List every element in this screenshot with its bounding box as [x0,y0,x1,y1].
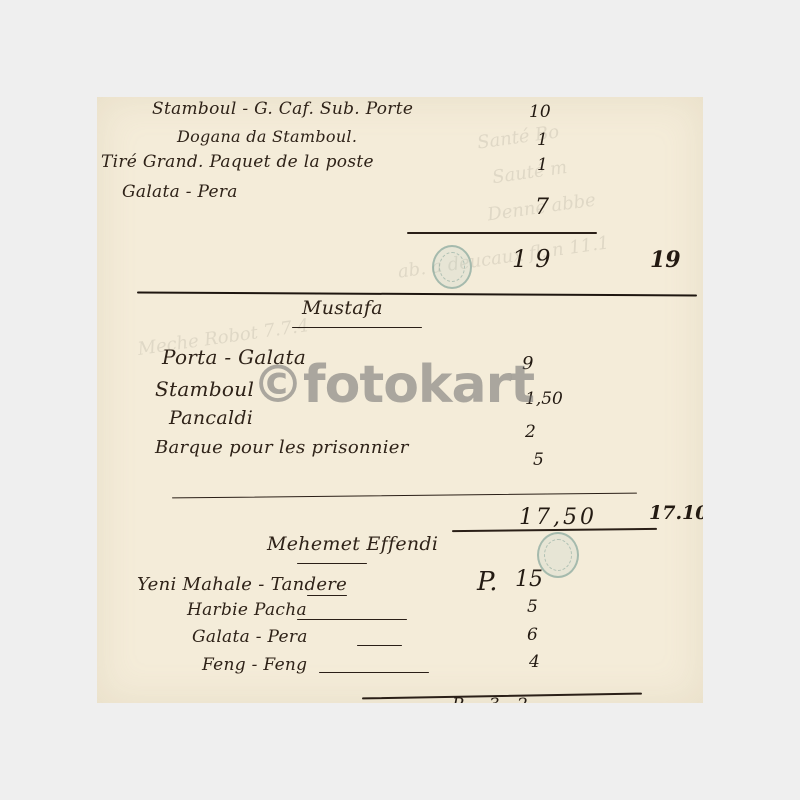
fill-line [319,672,429,673]
ledger-item-amount: 15 [515,567,543,592]
ink-stamp [432,245,472,289]
section-heading: Mehemet Effendi [267,533,438,555]
subtotal-rule [172,493,637,499]
ledger-item-label: Stamboul [155,377,254,401]
section-heading: Mustafa [302,297,383,319]
ledger-item-label: Tiré Grand. Paquet de la poste [101,152,374,172]
bleed-through-text: Sauté m [491,157,569,188]
ledger-item-label: Dogana da Stamboul. [177,127,357,146]
fill-line [297,619,407,620]
ledger-item-amount: 7 [535,195,549,220]
bleed-through-text: ab. a deucaux fl. n 11.1 [397,232,611,282]
document-page: Santé Bo Sauté m Denne abbe ab. a deucau… [97,97,703,703]
fill-line [357,645,402,646]
section-total: 17,50 [519,505,597,530]
section-total-partial: P. 3 2 [452,695,534,703]
ledger-item-label: Pancaldi [169,407,253,429]
section-total: 19 [512,245,559,273]
ledger-item-label: Feng - Feng [202,655,307,675]
ledger-item-amount: 10 [529,102,551,122]
section-divider [452,528,657,532]
ink-stamp [537,532,579,578]
ledger-item-label: Galata - Pera [122,182,238,202]
heading-underline [292,327,422,328]
ledger-item-amount: 4 [529,652,540,672]
ledger-item-amount: 2 [525,422,536,442]
ledger-item-amount: 6 [527,625,538,645]
subtotal-rule [407,232,597,234]
ledger-item-label: Galata - Pera [192,627,308,647]
ledger-item-amount: 1 [537,130,548,150]
section-divider [137,292,697,297]
ledger-item-amount: 5 [527,597,538,617]
fill-line [307,595,347,596]
heading-underline [297,563,367,564]
margin-total: 19 [650,247,681,273]
ledger-item-label: Yeni Mahale - Tandere [137,574,347,595]
ledger-item-label: Stamboul - G. Caf. Sub. Porte [152,99,413,119]
amount-prefix: P. [477,567,498,597]
margin-total: 17.10 [649,502,703,524]
ledger-item-amount: 5 [533,450,544,470]
ledger-item-label: Harbie Pacha [187,600,307,620]
watermark: ©fotokart [252,355,534,415]
ledger-item-amount: 1 [537,155,548,175]
ledger-item-label: Barque pour les prisonnier [155,437,409,458]
